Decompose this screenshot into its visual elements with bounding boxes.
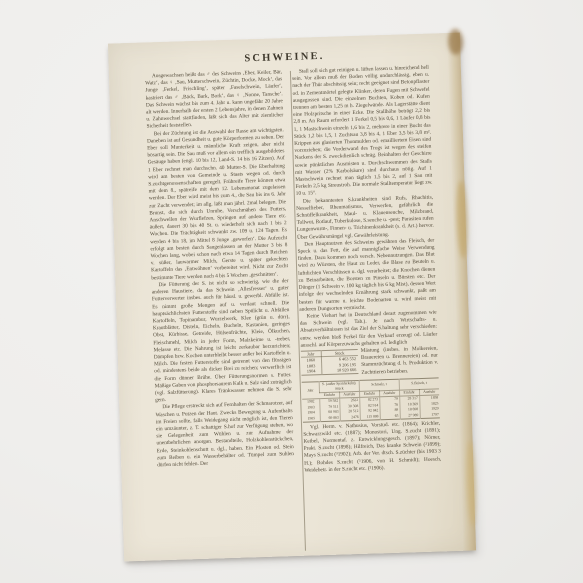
- paragraph: Bei der Züchtung ist die Auswahl der Ras…: [147, 127, 289, 282]
- photo-background: SCHWEINE. Ausgewachsen heißt das ♂ des S…: [0, 0, 583, 583]
- paragraph: Die bekanntesten S.krankheiten sind Rufs…: [296, 194, 434, 242]
- table-cell: 2476: [340, 414, 360, 421]
- paper-stain: [466, 440, 478, 526]
- table-cell: 115 808: [360, 413, 380, 420]
- table-cell: 1905: [303, 415, 321, 421]
- table-header-cell: Jahr: [302, 381, 320, 399]
- table-cell: 1797: [420, 412, 440, 419]
- text-column-right: Stall soll sich gut reinigen u. lüften l…: [286, 65, 442, 475]
- paragraph: Die Pflege erstreckt sich auf Fernhalten…: [155, 400, 294, 469]
- table-cell: 1904: [301, 368, 321, 375]
- table-cell: 69 863: [320, 415, 340, 422]
- paragraph: Den Hauptnutzen des Schweins gewähren da…: [297, 237, 436, 313]
- paragraph-continuation: Mästung (insbes. in Molkereien, Brauerei…: [361, 345, 439, 375]
- table-cell: 27 989: [400, 412, 420, 419]
- table-cell: 65: [380, 413, 400, 420]
- bibliography: Vgl. Herm. v. Nathusius, Vorstud. etc. (…: [303, 420, 442, 475]
- table-row: 1904 18 920 666: [301, 367, 358, 375]
- book-page: SCHWEINE. Ausgewachsen heißt das ♂ des S…: [108, 33, 476, 562]
- text-block: Ausgewachsen heißt das ♂ des Schweins ‚E…: [145, 65, 442, 480]
- page-binding-edge: [447, 33, 476, 551]
- paragraph: Keine Viehart hat in Deutschland derart …: [300, 309, 438, 349]
- paragraph: Jahr Stück 1860 6 463 552 1883 9 206 195: [301, 345, 439, 378]
- trade-table: Jahr S. (außer Spanferkeln); Stück Schma…: [302, 377, 440, 422]
- paragraph: Die Fütterung der S. ist nicht so schwie…: [151, 278, 292, 405]
- paragraph: Stall soll sich gut reinigen u. lüften l…: [292, 65, 433, 199]
- table-cell: 18 920 666: [321, 367, 358, 374]
- paragraph: Ausgewachsen heißt das ♂ des Schweins ‚E…: [145, 69, 284, 131]
- paper-stain: [455, 180, 468, 258]
- livestock-table: Jahr Stück 1860 6 463 552 1883 9 206 195: [301, 349, 359, 375]
- text-column-left: Ausgewachsen heißt das ♂ des Schweins ‚E…: [145, 69, 299, 479]
